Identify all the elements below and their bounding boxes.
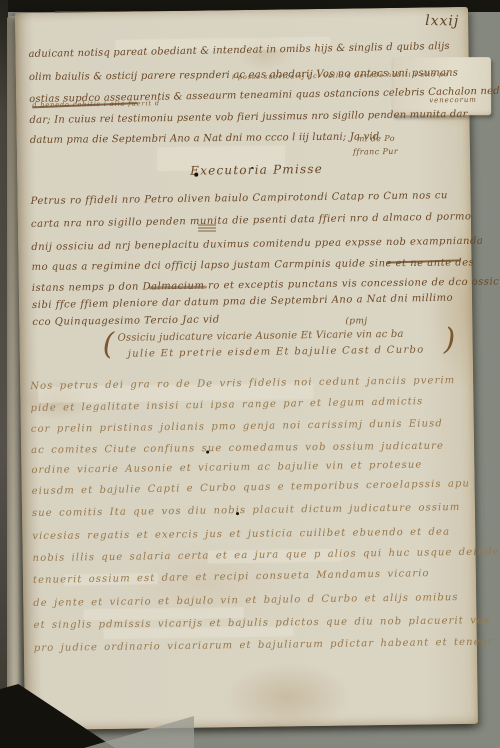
registrar-note-line: ffranc Pur — [353, 147, 398, 157]
commission-act-line: cco Quinquagesimo Tercio Jac vid — [32, 314, 220, 328]
main-act-line: vicesias regatis et exercis jus et justi… — [32, 527, 450, 542]
paragraph-mark: (pmj — [345, 316, 367, 326]
address-line: Ossiciu judicature vicarie Ausonie Et Vi… — [117, 329, 403, 344]
wormhole — [194, 173, 198, 177]
main-act-line: cor prelin pristinas jolianis pmo genja … — [31, 418, 443, 435]
main-act-line: pro judice ordinario vicariarum et bajul… — [34, 637, 494, 654]
commission-act-line: carta nra nro sigillo penden munita die … — [31, 211, 472, 230]
photograph-backdrop: { "folio_number": "lxxij", "closing_act"… — [0, 0, 500, 748]
address-bracket-close: ) — [443, 325, 455, 355]
manuscript-page: lxxij aduicant notisq pareat obediant & … — [15, 7, 478, 730]
main-act-line: ac comites Ciute confiuns sue comedamus … — [31, 441, 444, 456]
main-act-line: tenuerit ossium est dare et recipi consu… — [33, 568, 430, 586]
commission-act-line: sibi ffce ffiem pleniore dar datum pma d… — [32, 293, 453, 311]
address-bracket-open: ( — [102, 330, 114, 360]
main-act-line: sue comitis Ita que vos diu nobis placui… — [32, 502, 461, 519]
commission-act-line: mo quas a regimine dci officij lapso jus… — [32, 257, 475, 273]
main-act-line: ordine vicarie Ausonie et vicarium ac ba… — [31, 460, 422, 476]
closing-act-line: dar; In cuius rei testimoniu psente vob … — [29, 109, 467, 126]
section-heading: Executoria Pmisse — [190, 162, 323, 178]
commission-act-line: Petrus ro ffideli nro Petro oliven baiul… — [31, 190, 448, 207]
main-act-line: eiusdm et bajulie Capti e Curbo quas e t… — [32, 478, 471, 497]
wormhole — [251, 167, 253, 169]
folio-number: lxxij — [425, 13, 459, 29]
emphasis-mark — [198, 224, 216, 232]
main-act-line: de jente et vicario et bajulo vin et baj… — [33, 592, 459, 609]
closing-act-line: datum pma die Septembri Ano a Nat dni mo… — [30, 131, 380, 146]
wormhole — [236, 512, 239, 515]
commission-act-line: istans nemps p don Dalmacium ro et excep… — [32, 276, 500, 294]
wormhole — [206, 451, 209, 454]
commission-act-line: dnij ossiciu ad nrj beneplacitu duximus … — [31, 236, 483, 253]
address-line: julie Et pretrie eisdem Et bajulie Cast … — [128, 345, 425, 360]
slip-note: venecorum — [429, 96, 477, 105]
registrar-note-line: mi de Po — [357, 134, 395, 144]
